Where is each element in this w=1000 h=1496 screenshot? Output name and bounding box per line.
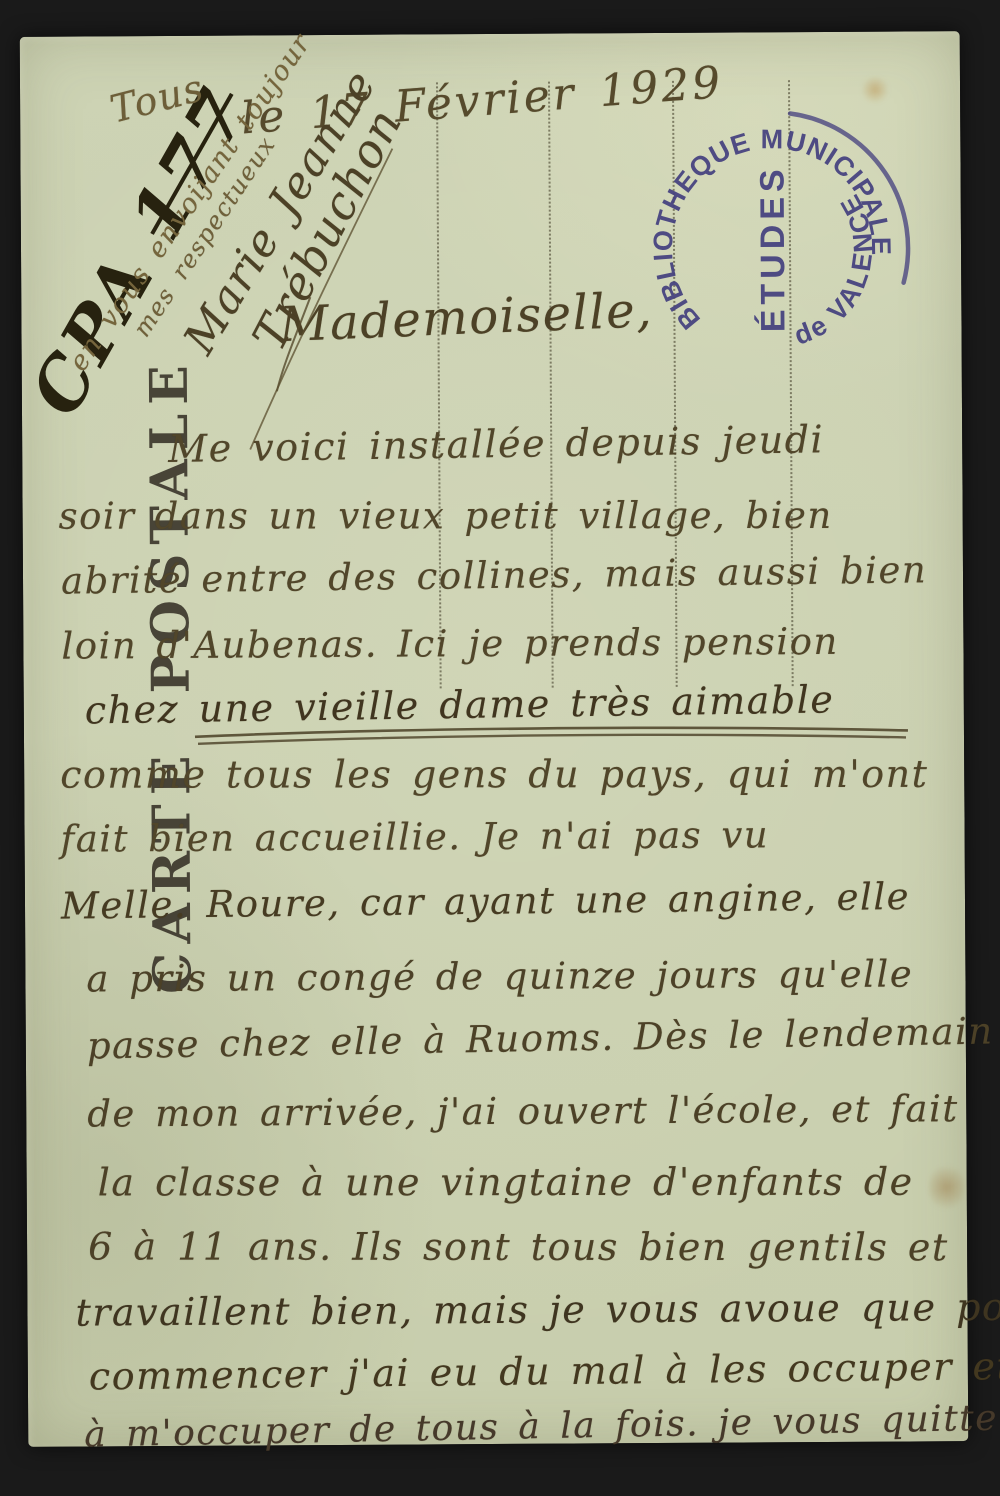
handwritten-line: Me voici installée depuis jeudi [168, 417, 825, 471]
foxing-stain-top [860, 77, 890, 103]
handwritten-line: commencer j'ai eu du mal à les occuper e… [89, 1344, 1000, 1398]
message-body-layer: Me voici installée depuis jeudisoir dans… [20, 31, 960, 37]
underline-stroke-2 [198, 733, 906, 744]
handwritten-line: à m'occuper de tous à la fois. je vous q… [84, 1398, 998, 1456]
salutation: Mademoiselle, [278, 282, 654, 353]
handwritten-line: 6 à 11 ans. Ils sont tous bien gentils e… [88, 1224, 949, 1269]
handwritten-line: fait bien accueillie. Je n'ai pas vu [60, 813, 769, 860]
stamp-center-text: ÉTUDES [753, 164, 792, 332]
closing-notes-layer: Tousen vous envoijant toujourmes respect… [20, 31, 960, 37]
handwritten-line: soir dans un vieux petit village, bien [59, 494, 833, 538]
handwritten-line: de mon arrivée, j'ai ouvert l'école, et … [87, 1087, 959, 1135]
stamp-arc-secondary-text: de VALENCE [789, 188, 879, 351]
handwritten-line: Melle. Roure, car ayant une angine, elle [61, 875, 911, 928]
dotted-rule [548, 82, 554, 688]
library-stamp: BIBLIOTHEQUE MUNICIPALE de VALENCE ÉTUDE… [621, 97, 923, 399]
foxing-stain-right [929, 1161, 965, 1213]
handwritten-line: la classe à une vingtaine d'enfants de [98, 1160, 914, 1205]
scanned-postcard-background: CARTE POSTALE CPA 177 le 17 Février 1929… [0, 0, 1000, 1496]
handwritten-line: passe chez elle à Ruoms. Dès le lendemai… [87, 1009, 995, 1067]
handwritten-line: comme tous les gens du pays, qui m'ont [60, 752, 928, 797]
signature-layer: Marie JeanneTrébuchon [20, 31, 960, 37]
handwritten-line: loin d'Aubenas. Ici je prends pension [61, 620, 839, 668]
handwritten-line: travaillent bien, mais je vous avoue que… [75, 1285, 1000, 1335]
postcard: CARTE POSTALE CPA 177 le 17 Février 1929… [20, 31, 969, 1447]
handwritten-line: a pris un congé de quinze jours qu'elle [86, 952, 913, 1000]
dotted-rules-layer [20, 31, 960, 37]
